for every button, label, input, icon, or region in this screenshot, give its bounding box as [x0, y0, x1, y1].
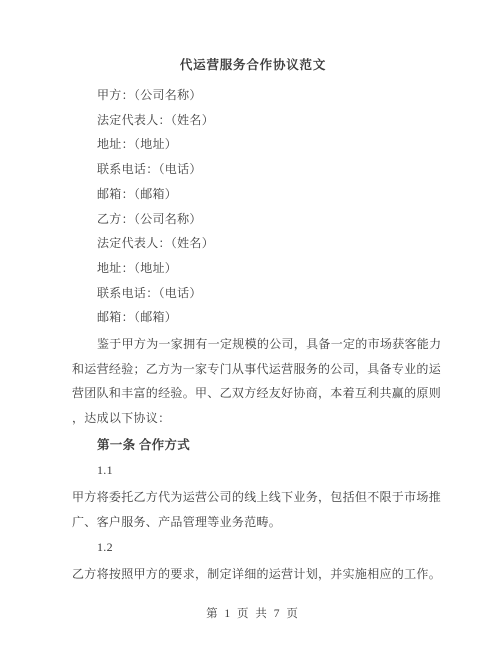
section-1-heading: 第一条 合作方式 [72, 433, 442, 458]
page-footer: 第 1 页 共 7 页 [72, 606, 434, 622]
clause-1-2-number: 1.2 [72, 535, 442, 560]
party-a-phone-line: 联系电话：（电话） [72, 157, 442, 182]
party-b-email-line: 邮箱：（邮箱） [72, 305, 442, 330]
clause-1-1-line: 广、客户服务、产品管理等业务范畴。 [72, 510, 442, 535]
party-info-block: 甲方：（公司名称） 法定代表人：（姓名） 地址：（地址） 联系电话：（电话） 邮… [72, 83, 442, 330]
party-b-address-line: 地址：（地址） [72, 256, 442, 281]
preamble-line: 和运营经验；乙方为一家专门从事代运营服务的公司，具备专业的运 [72, 357, 442, 382]
preamble-line: 营团队和丰富的经验。甲、乙双方经友好协商，本着互利共赢的原则 [72, 381, 442, 406]
section-1: 第一条 合作方式 1.1 甲方将委托乙方代为运营公司的线上线下业务，包括但不限于… [72, 433, 442, 587]
document-page: 代运营服务合作协议范文 甲方：（公司名称） 法定代表人：（姓名） 地址：（地址）… [0, 0, 500, 647]
party-a-representative-line: 法定代表人：（姓名） [72, 108, 442, 133]
clause-1-1-number: 1.1 [72, 458, 442, 483]
party-a-name-line: 甲方：（公司名称） [72, 83, 442, 108]
party-b-representative-line: 法定代表人：（姓名） [72, 231, 442, 256]
preamble-line: ，达成以下协议： [72, 406, 442, 431]
preamble-paragraph: 鉴于甲方为一家拥有一定规模的公司，具备一定的市场获客能力 和运营经验；乙方为一家… [72, 332, 442, 431]
party-a-email-line: 邮箱：（邮箱） [72, 182, 442, 207]
clause-1-1-text: 甲方将委托乙方代为运营公司的线上线下业务，包括但不限于市场推 广、客户服务、产品… [72, 485, 442, 534]
clause-1-1-line: 甲方将委托乙方代为运营公司的线上线下业务，包括但不限于市场推 [72, 485, 442, 510]
document-title: 代运营服务合作协议范文 [72, 57, 434, 73]
clause-1-2-line: 乙方将按照甲方的要求，制定详细的运营计划，并实施相应的工作。 [72, 562, 442, 587]
party-b-name-line: 乙方：（公司名称） [72, 207, 442, 232]
party-a-address-line: 地址：（地址） [72, 132, 442, 157]
preamble-line: 鉴于甲方为一家拥有一定规模的公司，具备一定的市场获客能力 [72, 332, 442, 357]
page-number-text: 第 1 页 共 7 页 [206, 608, 300, 620]
clause-1-2-text: 乙方将按照甲方的要求，制定详细的运营计划，并实施相应的工作。 [72, 562, 442, 587]
party-b-phone-line: 联系电话：（电话） [72, 281, 442, 306]
